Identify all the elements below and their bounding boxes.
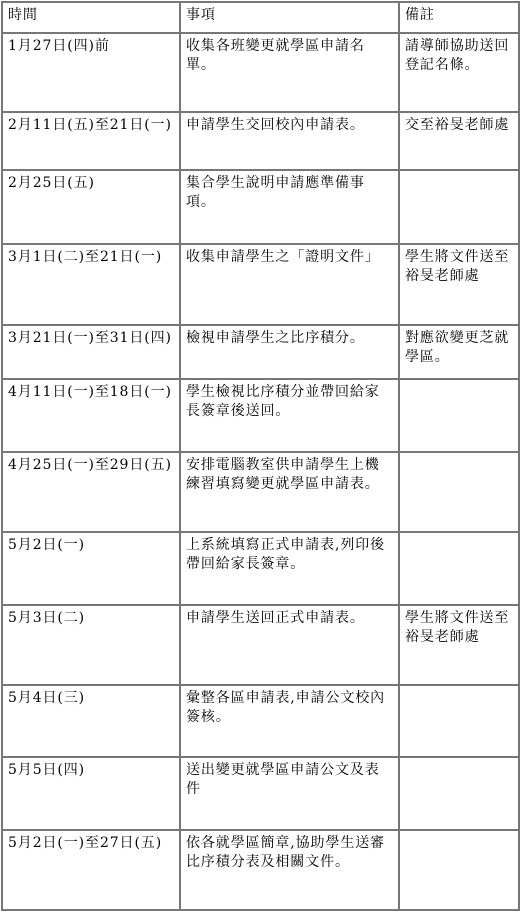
item-cell: 學生檢視比序積分並帶回給家長簽章後送回。	[180, 379, 399, 452]
header-cell-note: 備註	[399, 2, 519, 33]
item-cell: 申請學生送回正式申請表。	[180, 605, 399, 685]
item-cell: 檢視申請學生之比序積分。	[180, 325, 399, 379]
time-cell: 3月1日(二)至21日(一)	[2, 244, 180, 325]
item-cell: 安排電腦教室供申請學生上機練習填寫變更就學區申請表。	[180, 452, 399, 532]
note-cell	[399, 532, 519, 605]
note-cell	[399, 452, 519, 532]
table-row: 3月1日(二)至21日(一) 收集申請學生之「證明文件」 學生將文件送至裕旻老師…	[2, 244, 519, 325]
item-cell: 送出變更就學區申請公文及表件	[180, 757, 399, 830]
header-cell-time: 時間	[2, 2, 180, 33]
table-row: 4月11日(一)至18日(一) 學生檢視比序積分並帶回給家長簽章後送回。	[2, 379, 519, 452]
note-cell: 學生將文件送至裕旻老師處	[399, 244, 519, 325]
note-cell	[399, 379, 519, 452]
note-cell: 請導師協助送回登記名條。	[399, 33, 519, 112]
time-cell: 4月25日(一)至29日(五)	[2, 452, 180, 532]
header-row: 時間 事項 備註	[2, 2, 519, 33]
time-cell: 1月27日(四)前	[2, 33, 180, 112]
note-cell	[399, 170, 519, 244]
schedule-table: 時間 事項 備註 1月27日(四)前 收集各班變更就學區申請名單。 請導師協助送…	[1, 1, 520, 911]
table-row: 2月11日(五)至21日(一) 申請學生交回校內申請表。 交至裕旻老師處	[2, 112, 519, 170]
note-cell	[399, 757, 519, 830]
time-cell: 5月5日(四)	[2, 757, 180, 830]
time-cell: 5月2日(一)	[2, 532, 180, 605]
table-row: 2月25日(五) 集合學生說明申請應準備事項。	[2, 170, 519, 244]
time-cell: 5月4日(三)	[2, 685, 180, 757]
item-cell: 彙整各區申請表,申請公文校內簽核。	[180, 685, 399, 757]
item-cell: 上系統填寫正式申請表,列印後帶回給家長簽章。	[180, 532, 399, 605]
table-row: 5月2日(一) 上系統填寫正式申請表,列印後帶回給家長簽章。	[2, 532, 519, 605]
table-row: 5月5日(四) 送出變更就學區申請公文及表件	[2, 757, 519, 830]
time-cell: 5月3日(二)	[2, 605, 180, 685]
note-cell: 對應欲變更芝就學區。	[399, 325, 519, 379]
time-cell: 3月21日(一)至31日(四)	[2, 325, 180, 379]
time-cell: 2月11日(五)至21日(一)	[2, 112, 180, 170]
note-cell	[399, 830, 519, 910]
header-cell-item: 事項	[180, 2, 399, 33]
item-cell: 收集申請學生之「證明文件」	[180, 244, 399, 325]
item-cell: 收集各班變更就學區申請名單。	[180, 33, 399, 112]
table-row: 1月27日(四)前 收集各班變更就學區申請名單。 請導師協助送回登記名條。	[2, 33, 519, 112]
note-cell	[399, 685, 519, 757]
table-row: 5月3日(二) 申請學生送回正式申請表。 學生將文件送至裕旻老師處	[2, 605, 519, 685]
table-row: 5月4日(三) 彙整各區申請表,申請公文校內簽核。	[2, 685, 519, 757]
table-row: 3月21日(一)至31日(四) 檢視申請學生之比序積分。 對應欲變更芝就學區。	[2, 325, 519, 379]
item-cell: 申請學生交回校內申請表。	[180, 112, 399, 170]
table-row: 5月2日(一)至27日(五) 依各就學區簡章,協助學生送審比序積分表及相關文件。	[2, 830, 519, 910]
table-row: 4月25日(一)至29日(五) 安排電腦教室供申請學生上機練習填寫變更就學區申請…	[2, 452, 519, 532]
note-cell: 交至裕旻老師處	[399, 112, 519, 170]
item-cell: 集合學生說明申請應準備事項。	[180, 170, 399, 244]
time-cell: 2月25日(五)	[2, 170, 180, 244]
item-cell: 依各就學區簡章,協助學生送審比序積分表及相關文件。	[180, 830, 399, 910]
time-cell: 5月2日(一)至27日(五)	[2, 830, 180, 910]
note-cell: 學生將文件送至裕旻老師處	[399, 605, 519, 685]
time-cell: 4月11日(一)至18日(一)	[2, 379, 180, 452]
